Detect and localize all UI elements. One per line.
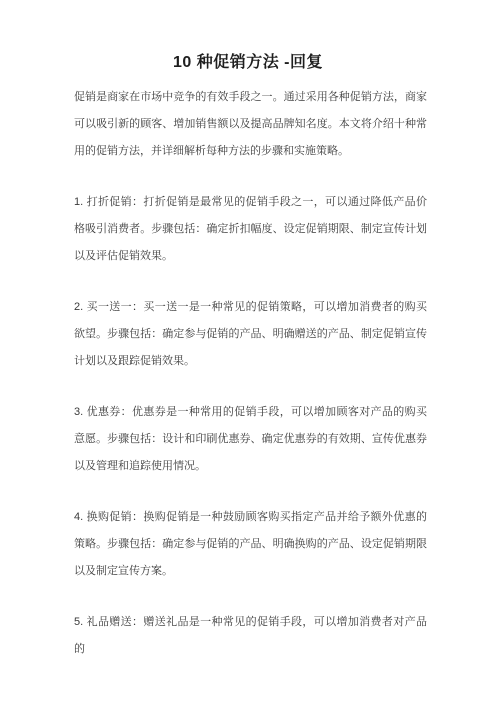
method-item-2-buy-one-get-one: 2. 买一送一：买一送一是一种常见的促销策略，可以增加消费者的购买欲望。步骤包括… — [74, 294, 427, 375]
document-title: 10 种促销方法 -回复 — [0, 52, 496, 74]
document-body: 促销是商家在市场中竞争的有效手段之一。通过采用各种促销方法，商家可以吸引新的顾客… — [74, 84, 427, 663]
document-page: 10 种促销方法 -回复 促销是商家在市场中竞争的有效手段之一。通过采用各种促销… — [0, 0, 496, 702]
method-item-1-discount-promotion: 1. 打折促销：打折促销是最常见的促销手段之一，可以通过降低产品价格吸引消费者。… — [74, 189, 427, 270]
intro-paragraph: 促销是商家在市场中竞争的有效手段之一。通过采用各种促销方法，商家可以吸引新的顾客… — [74, 84, 427, 165]
method-item-3-coupons: 3. 优惠券：优惠券是一种常用的促销手段，可以增加顾客对产品的购买意愿。步骤包括… — [74, 399, 427, 480]
method-item-4-trade-in-promotion: 4. 换购促销：换购促销是一种鼓励顾客购买指定产品并给予额外优惠的策略。步骤包括… — [74, 504, 427, 585]
method-item-5-gift-giving-truncated: 5. 礼品赠送：赠送礼品是一种常见的促销手段，可以增加消费者对产品的 — [74, 609, 427, 663]
